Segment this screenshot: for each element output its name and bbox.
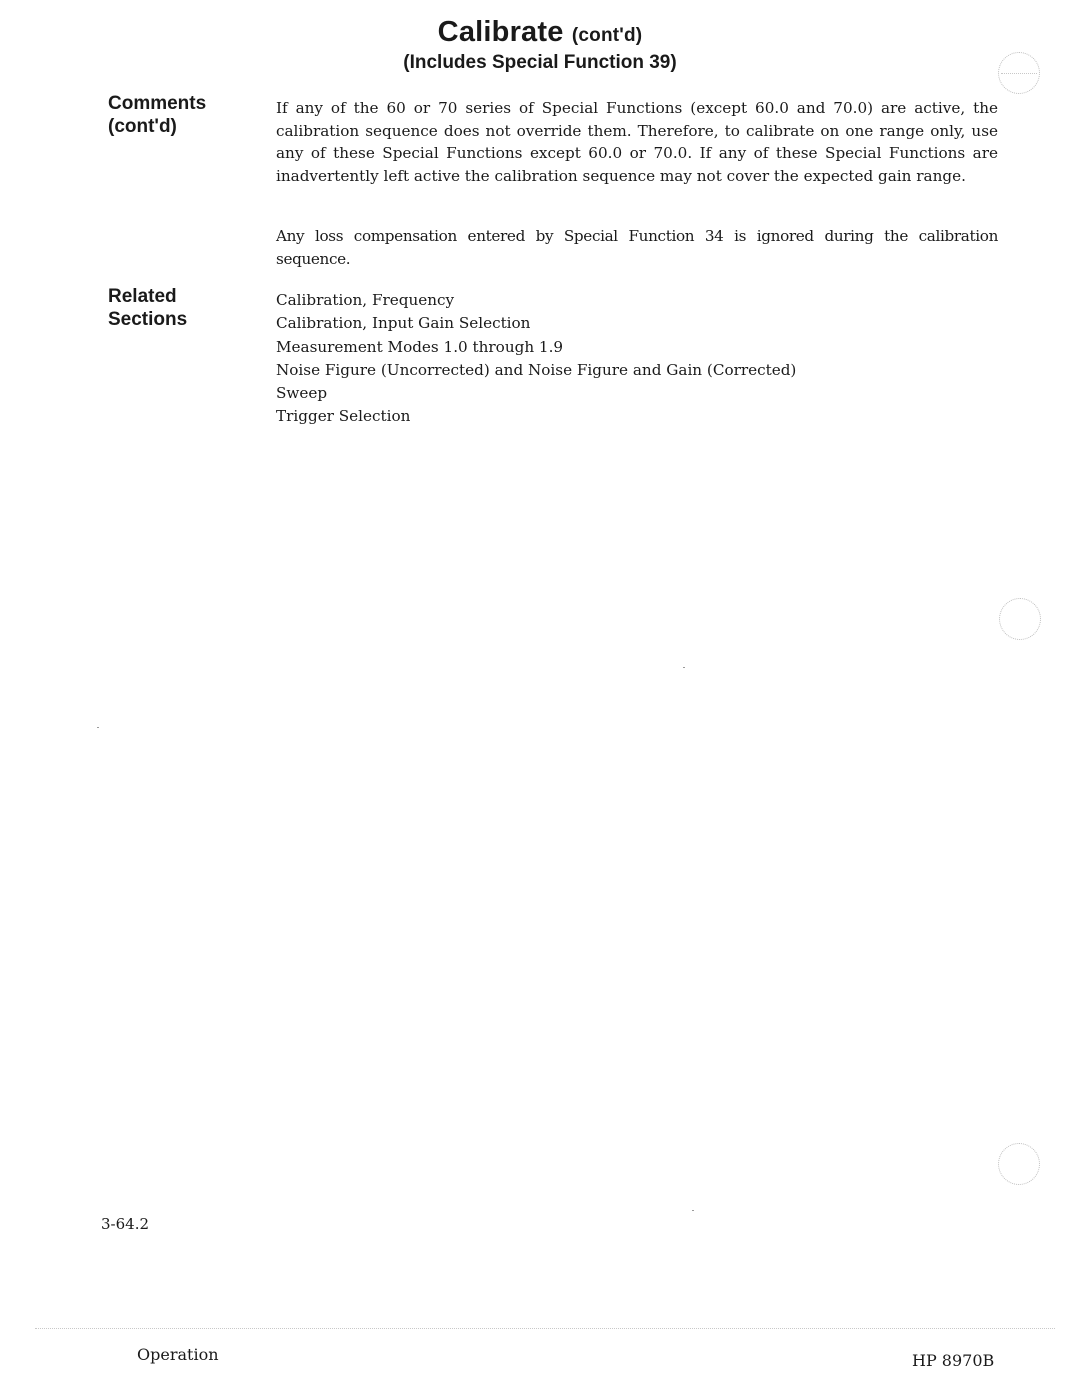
scan-speck [692, 1210, 694, 1211]
page-title: Calibrate (cont'd) [0, 16, 1080, 52]
related-section-item: Measurement Modes 1.0 through 1.9 [276, 336, 796, 359]
related-sections-label: Related Sections [108, 285, 187, 331]
related-label-line2: Sections [108, 308, 187, 331]
comments-paragraph-1: If any of the 60 or 70 series of Special… [276, 97, 998, 187]
related-label-line1: Related [108, 285, 187, 308]
comments-paragraph-2: Any loss compensation entered by Special… [276, 225, 998, 270]
related-section-item: Sweep [276, 382, 796, 405]
page-header: Calibrate (cont'd) (Includes Special Fun… [0, 16, 1080, 74]
comments-label-line1: Comments [108, 92, 206, 115]
title-suffix: (cont'd) [572, 25, 642, 46]
related-section-item: Calibration, Frequency [276, 289, 796, 312]
related-sections-list: Calibration, Frequency Calibration, Inpu… [276, 289, 796, 429]
comments-label: Comments (cont'd) [108, 92, 206, 138]
title-text: Calibrate [438, 16, 564, 48]
related-section-item: Noise Figure (Uncorrected) and Noise Fig… [276, 359, 796, 382]
related-section-item: Calibration, Input Gain Selection [276, 312, 796, 335]
footer-section-name: Operation [137, 1345, 219, 1364]
page-number: 3-64.2 [101, 1215, 149, 1233]
page-subtitle: (Includes Special Function 39) [0, 52, 1080, 74]
related-section-item: Trigger Selection [276, 405, 796, 428]
scan-speck [683, 667, 685, 668]
comments-label-line2: (cont'd) [108, 115, 206, 138]
punch-hole-middle [999, 598, 1041, 640]
punch-hole-bottom [998, 1143, 1040, 1185]
scan-speck [97, 727, 99, 728]
punch-hole-top [998, 52, 1040, 94]
footer-divider [35, 1328, 1055, 1329]
footer-product-name: HP 8970B [912, 1351, 994, 1370]
